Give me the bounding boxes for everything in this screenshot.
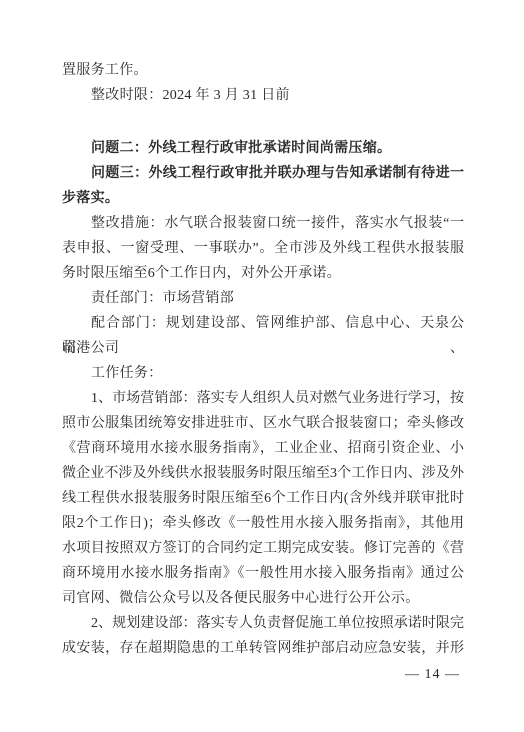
- text-line: 工作任务：: [62, 361, 464, 386]
- text-line: 微企业不涉及外线供水报装服务时限压缩至3个工作日内、涉及外: [62, 461, 464, 486]
- text-line: 照市公服集团统筹安排进驻市、区水气联合报装窗口；牵头修改: [62, 411, 464, 436]
- text-line: 问题三：外线工程行政审批并联办理与告知承诺制有待进一: [62, 161, 464, 186]
- text-line: 限2个工作日)；牵头修改《一般性用水接入服务指南》，其他用: [62, 511, 464, 536]
- text-line: 《营商环境用水接水服务指南》，工业企业、招商引资企业、小: [62, 436, 464, 461]
- text-line: 责任部门：市场营销部: [62, 286, 464, 311]
- text-line: 整改措施：水气联合报装窗口统一接件，落实水气报装“一: [62, 211, 464, 236]
- text-line: 配合部门：规划建设部、管网维护部、信息中心、天泉公司、: [62, 311, 464, 336]
- blank-line: [62, 108, 464, 136]
- page-number: — 14 —: [405, 666, 460, 684]
- text-line: 置服务工作。: [62, 58, 464, 83]
- document-page: 置服务工作。整改时限：2024 年 3 月 31 日前问题二：外线工程行政审批承…: [0, 0, 524, 732]
- text-line: 线工程供水报装服务时限压缩至6个工作日内(含外线并联审批时: [62, 486, 464, 511]
- text-line: 整改时限：2024 年 3 月 31 日前: [62, 83, 464, 108]
- text-line: 步落实。: [62, 186, 464, 211]
- text-line: 问题二：外线工程行政审批承诺时间尚需压缩。: [62, 136, 464, 161]
- text-line: 1、市场营销部：落实专人组织人员对燃气业务进行学习，按: [62, 386, 464, 411]
- text-line: 2、规划建设部：落实专人负责督促施工单位按照承诺时限完: [62, 611, 464, 636]
- text-line: 司官网、微信公众号以及各便民服务中心进行公开公示。: [62, 586, 464, 611]
- text-line: 水项目按照双方签订的合同约定工期完成安装。修订完善的《营: [62, 536, 464, 561]
- document-body: 置服务工作。整改时限：2024 年 3 月 31 日前问题二：外线工程行政审批承…: [62, 58, 464, 661]
- text-line: 成安装，存在超期隐患的工单转管网维护部启动应急安装，并形: [62, 636, 464, 661]
- text-line: 务时限压缩至6个工作日内，对外公开承诺。: [62, 261, 464, 286]
- text-line: 表申报、一窗受理、一事联办”。全市涉及外线工程供水报装服: [62, 236, 464, 261]
- text-line: 商环境用水接水服务指南》《一般性用水接入服务指南》通过公: [62, 561, 464, 586]
